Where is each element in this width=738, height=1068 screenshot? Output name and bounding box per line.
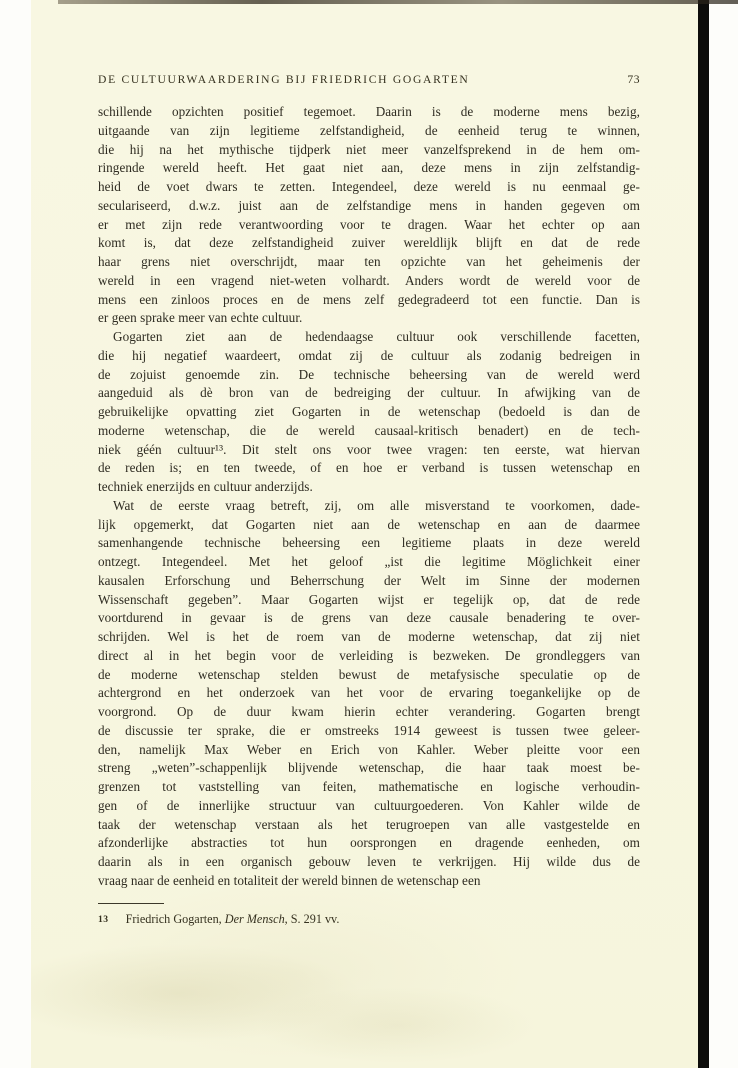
text-line: lijk opgemerkt, dat Gogarten niet aan de… [98, 516, 640, 535]
page-number: 73 [627, 73, 640, 86]
text-line: voortdurend in gevaar is de grens van de… [98, 609, 640, 628]
book-edge-strip [698, 0, 709, 1068]
text-line: uitgaande van zijn legitieme zelfstandig… [98, 122, 640, 141]
text-line: de reden is; en ten tweede, of en hoe er… [98, 459, 640, 478]
text-line: de zojuist genoemde zin. De technische b… [98, 366, 640, 385]
text-line: gebruikelijke opvatting ziet Gogarten in… [98, 403, 640, 422]
text-line: haar grens niet overschrijdt, maar ten o… [98, 253, 640, 272]
scan-top-edge [58, 0, 738, 4]
text-line: daarin als in een organisch gebouw leven… [98, 853, 640, 872]
text-line: seculariseerd, d.w.z. juist aan de zelfs… [98, 197, 640, 216]
text-line: gen of de innerlijke structuur van cultu… [98, 797, 640, 816]
text-line: vraag naar de eenheid en totaliteit der … [98, 872, 640, 891]
text-line: den, namelijk Max Weber en Erich von Kah… [98, 741, 640, 760]
text-line: ringende wereld heeft. Het gaat niet aan… [98, 159, 640, 178]
text-line: Wissenschaft gegeben”. Maar Gogarten wij… [98, 591, 640, 610]
text-line: voorgrond. Op de duur kwam hierin echter… [98, 703, 640, 722]
text-line: die hij negatief waardeert, omdat zij de… [98, 347, 640, 366]
text-line: ontzegt. Integendeel. Met het geloof „is… [98, 553, 640, 572]
text-line: schillende opzichten positief tegemoet. … [98, 103, 640, 122]
page-header: DE CULTUURWAARDERING BIJ FRIEDRICH GOGAR… [98, 73, 640, 86]
text-line: wereld in een vragend niet-weten volhard… [98, 272, 640, 291]
text-line: die hij na het mythische tijdperk niet m… [98, 141, 640, 160]
page-surface: DE CULTUURWAARDERING BIJ FRIEDRICH GOGAR… [31, 0, 698, 1068]
running-title: DE CULTUURWAARDERING BIJ FRIEDRICH GOGAR… [98, 73, 469, 86]
text-line: direct al in het begin voor de verleidin… [98, 647, 640, 666]
footnote-work-title: Der Mensch [225, 912, 285, 926]
text-line: kausalen Erforschung und Beherrschung de… [98, 572, 640, 591]
footnote: 13Friedrich Gogarten, Der Mensch, S. 291… [98, 903, 640, 929]
text-line: streng „weten”-schappenlijk blijvende we… [98, 759, 640, 778]
footnote-citation-end: , S. 291 vv. [285, 912, 340, 926]
text-line: achtergrond en het onderzoek van het voo… [98, 684, 640, 703]
footnote-text: 13Friedrich Gogarten, Der Mensch, S. 291… [98, 911, 640, 929]
text-line: komt is, dat deze zelfstandigheid zuiver… [98, 234, 640, 253]
text-line: heid de voet dwars te zetten. Integendee… [98, 178, 640, 197]
text-line: techniek enerzijds en cultuur anderzijds… [98, 478, 640, 497]
text-line: mens een zinloos proces en de mens zelf … [98, 291, 640, 310]
text-line: de discussie ter sprake, die er omstreek… [98, 722, 640, 741]
footnote-citation-start: Friedrich Gogarten, [126, 912, 225, 926]
text-line: aangeduid als dè bron van de bedreiging … [98, 384, 640, 403]
text-line: niek géén cultuur¹³. Dit stelt ons voor … [98, 441, 640, 460]
text-line: schrijden. Wel is het de roem van de mod… [98, 628, 640, 647]
text-line: grenzen tot vaststelling van feiten, mat… [98, 778, 640, 797]
text-line: er met zijn rede verantwoording voor te … [98, 216, 640, 235]
text-line: taak der wetenschap verstaan als het ter… [98, 816, 640, 835]
footnote-divider [98, 903, 164, 904]
text-line: afzonderlijke abstracties tot hun oorspr… [98, 834, 640, 853]
text-line: de moderne wetenschap stelden bewust de … [98, 666, 640, 685]
text-line: Gogarten ziet aan de hedendaagse cultuur… [98, 328, 640, 347]
text-line: samenhangende technische beheersing een … [98, 534, 640, 553]
text-line: er geen sprake meer van echte cultuur. [98, 309, 640, 328]
footnote-marker: 13 [98, 914, 109, 925]
text-line: moderne wetenschap, die de wereld causaa… [98, 422, 640, 441]
text-line: Wat de eerste vraag betreft, zij, om all… [98, 497, 640, 516]
page-body: schillende opzichten positief tegemoet. … [98, 103, 640, 891]
